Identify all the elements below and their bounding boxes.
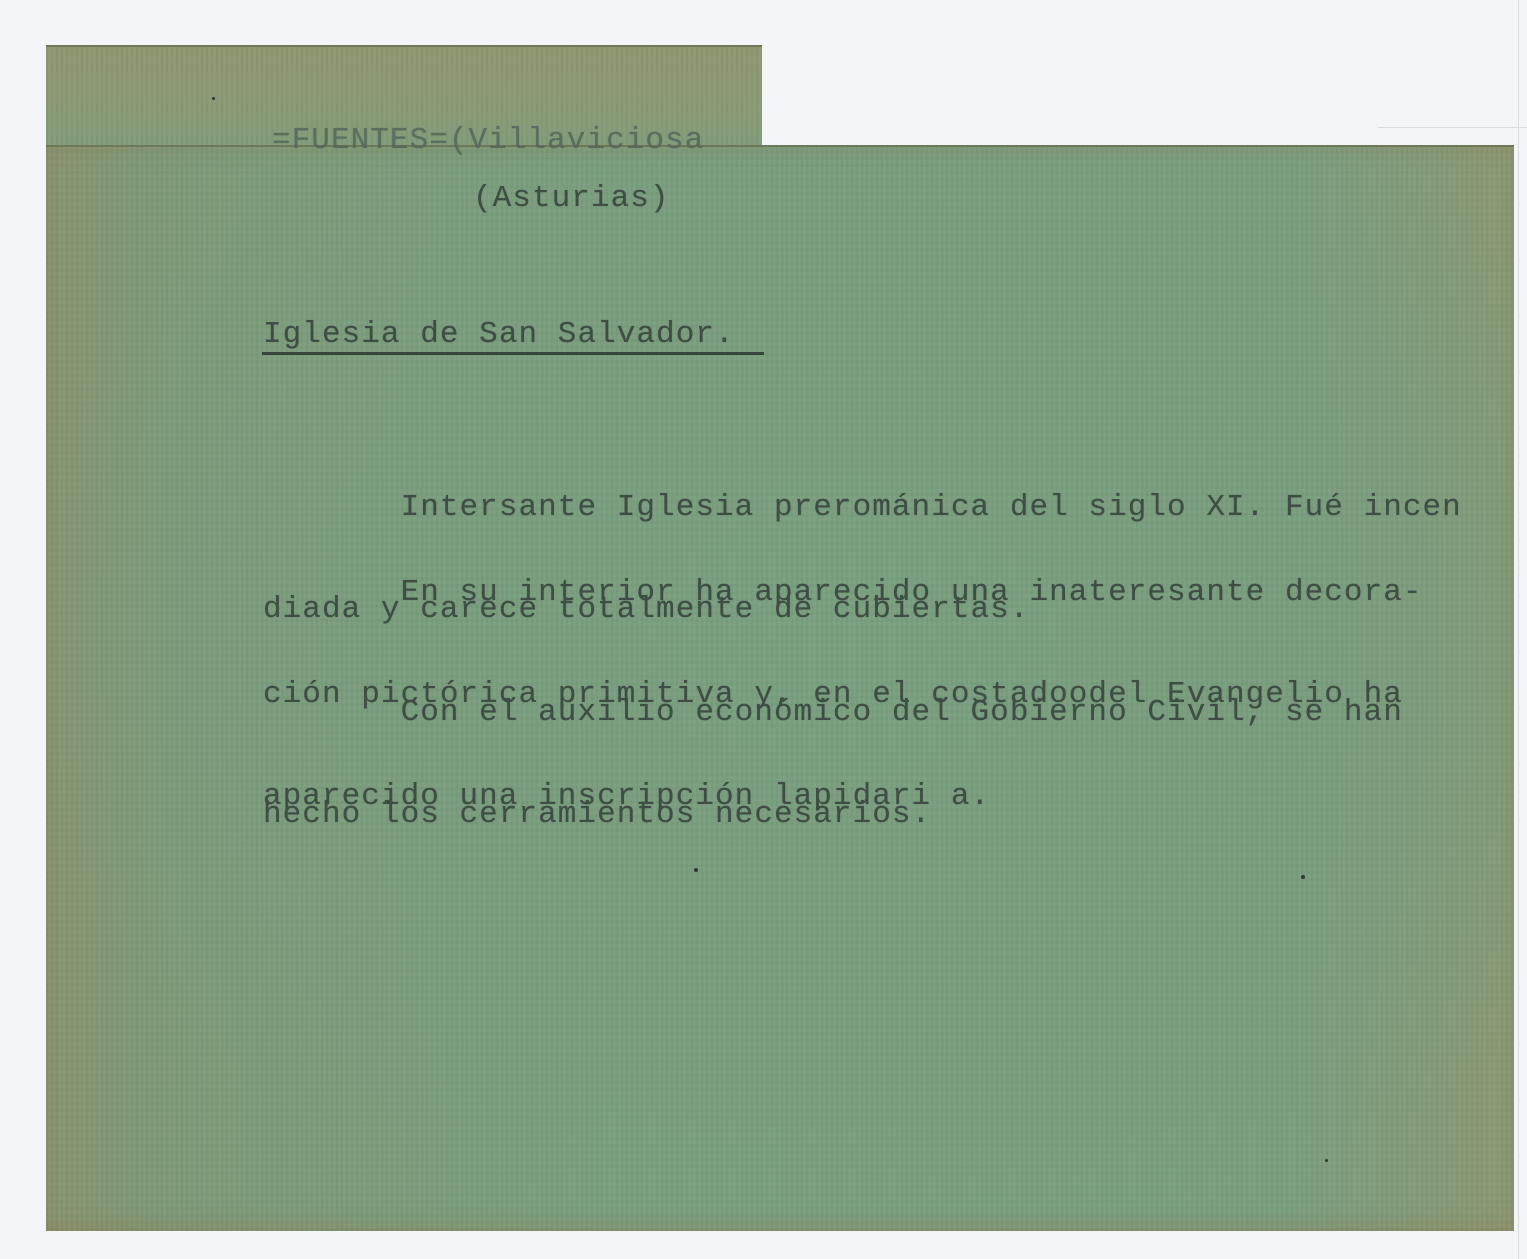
paragraph-3: Con el auxilio económico del Gobierno Ci…: [263, 628, 1403, 900]
paper-speck: [694, 868, 698, 872]
paper-speck: [212, 97, 215, 100]
index-card: =FUENTES=(Villaviciosa (Asturias) Iglesi…: [0, 0, 1527, 1259]
title-underline: [262, 352, 764, 355]
paper-speck: [1325, 1159, 1328, 1162]
province-label: (Asturias): [473, 182, 670, 216]
paragraph-line: En su interior ha aparecido una inateres…: [263, 576, 1423, 610]
paragraph-line: hecho los cerramientos necesarios.: [263, 798, 1403, 832]
paper-speck: [1301, 875, 1305, 879]
place-heading: =FUENTES=(Villaviciosa: [272, 124, 704, 158]
paragraph-line: Con el auxilio económico del Gobierno Ci…: [263, 696, 1403, 730]
document-title: Iglesia de San Salvador.: [263, 318, 735, 352]
